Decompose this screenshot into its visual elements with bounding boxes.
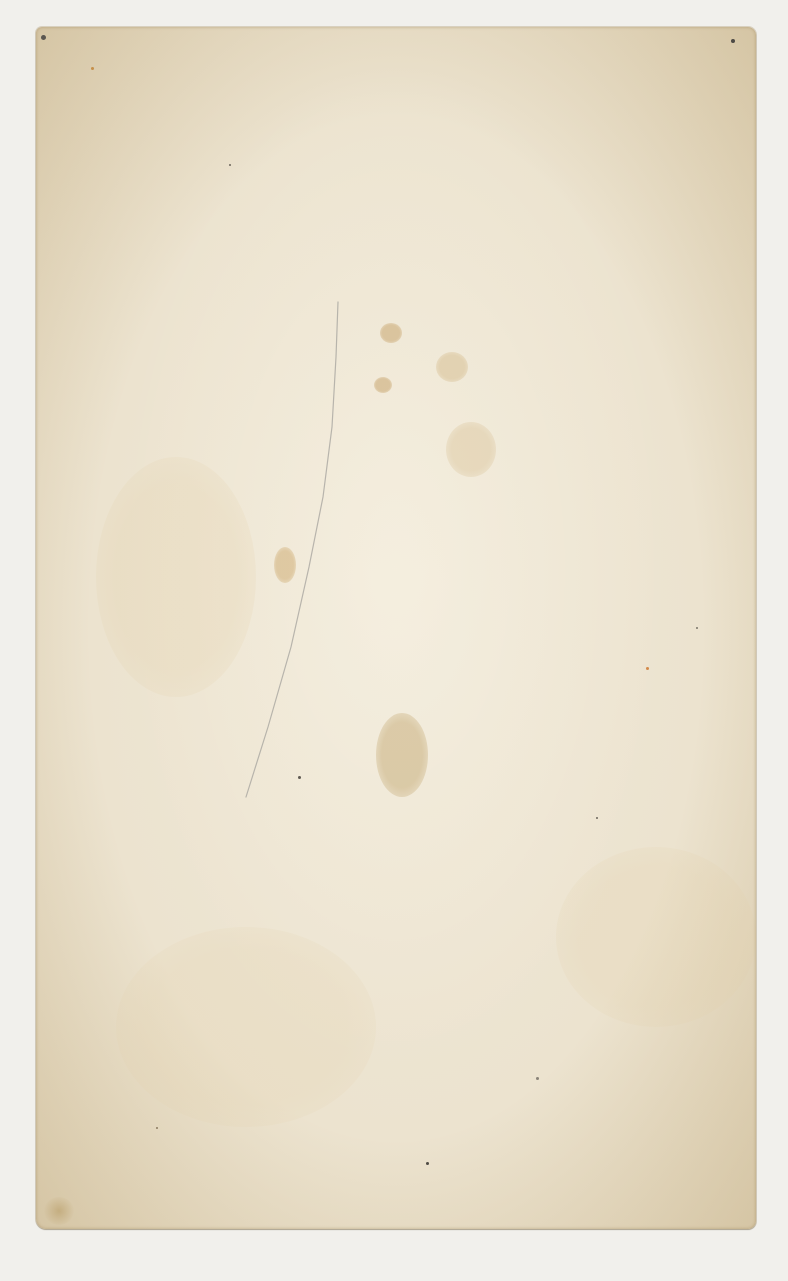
blank-card-back	[36, 27, 756, 1229]
card-edge	[36, 27, 756, 1229]
